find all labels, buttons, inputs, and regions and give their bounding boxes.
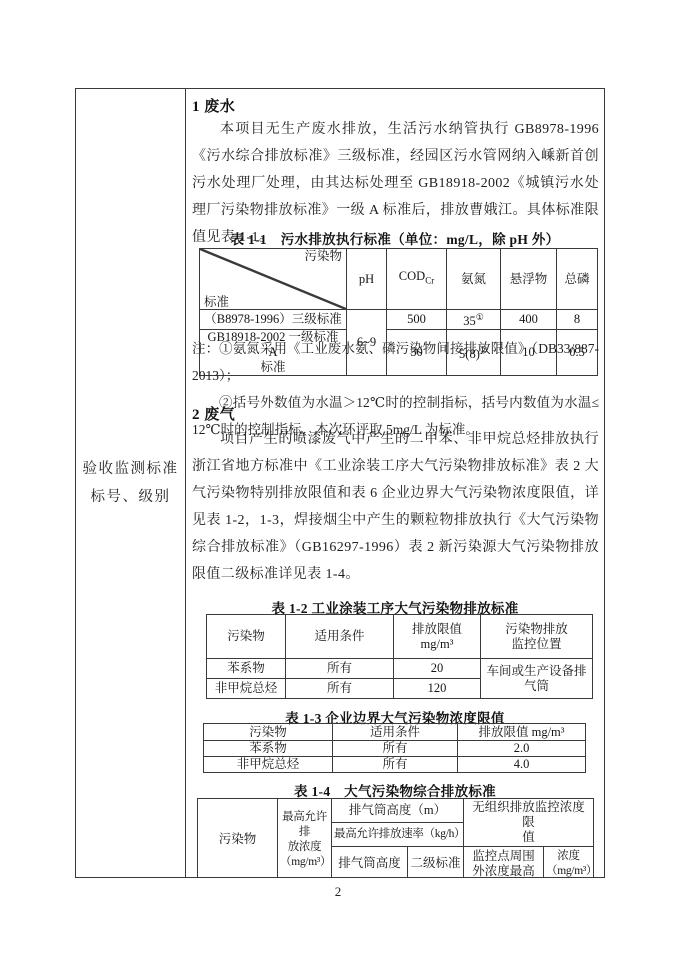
content-cell: 1 废水 本项目无生产废水排放，生活污水纳管执行 GB8978-1996《污水综… <box>186 89 604 877</box>
t12-header-pollutant: 污染物 <box>207 615 286 659</box>
table-cell: 苯系物 <box>204 741 333 757</box>
table-cell: 非甲烷总烃 <box>207 679 286 699</box>
table-cell: 所有 <box>286 679 394 699</box>
table-row: 非甲烷总烃 所有 4.0 <box>204 757 586 773</box>
table-cell: 所有 <box>286 659 394 679</box>
t14-header-max-concentration: 最高允许 排 放浓度 （mg/m³） <box>278 799 332 878</box>
table-cell-position-merged: 车间或生产设备排 气筒 <box>481 659 593 699</box>
row-label-line-1: 验收监测标准 <box>83 455 179 483</box>
t14-header-pollutant: 污染物 <box>198 799 278 878</box>
document-border: 验收监测标准 标号、级别 1 废水 本项目无生产废水排放，生活污水纳管执行 GB… <box>75 88 605 878</box>
table-cell: 120 <box>394 679 481 699</box>
t11-header-ss: 悬浮物 <box>501 249 557 310</box>
t11-header-pollutant: 污染物 <box>304 249 342 263</box>
footnote-marker: ① <box>476 312 484 322</box>
t14-subheader-monitor-point: 监控点周围 外浓度最高 <box>464 847 544 878</box>
row-label-cell: 验收监测标准 标号、级别 <box>76 89 186 877</box>
table-cell: 500 <box>387 310 447 330</box>
section-wastegas-heading: 2 废气 <box>192 403 235 424</box>
t14-header-max-rate: 最高允许排放速率（kg/h） <box>332 823 464 847</box>
table-cell: 所有 <box>333 757 458 773</box>
t14-subheader-concentration: 浓度 （mg/m³） <box>544 847 594 878</box>
table-1-1-title: 表 1-1 污水排放执行标准（单位：mg/L，除 pH 外） <box>186 228 604 248</box>
table-row: 苯系物 所有 2.0 <box>204 741 586 757</box>
table-cell: 所有 <box>333 741 458 757</box>
t11-diagonal-header-cell: 污染物 标准 <box>200 249 347 310</box>
table-cell: 苯系物 <box>207 659 286 679</box>
t11-header-cod: CODCr <box>387 249 447 310</box>
table-1-4-title: 表 1-4 大气污染物综合排放标准 <box>186 780 604 800</box>
table-cell: 2.0 <box>458 741 586 757</box>
table-cell: 400 <box>501 310 557 330</box>
table-1-3: 污染物 适用条件 排放限值 mg/m³ 苯系物 所有 2.0 非甲烷总烃 所有 … <box>203 723 586 773</box>
t13-header-pollutant: 污染物 <box>204 724 333 741</box>
cod-subscript: Cr <box>425 276 434 286</box>
t14-subheader-stack-height: 排气筒高度 <box>332 847 408 878</box>
note-line-1: 注：①氨氮采用《工业废水氨、磷污染物间接排放限值》（DB33/887-2013）… <box>192 335 599 389</box>
wastegas-paragraph: 项目产生的喷漆废气中产生的二甲苯、非甲烷总烃排放执行浙江省地方标准中《工业涂装工… <box>192 426 599 588</box>
table-cell: 35① <box>447 310 501 330</box>
t11-header-tp: 总磷 <box>557 249 598 310</box>
t12-header-condition: 适用条件 <box>286 615 394 659</box>
table-row: （B8978-1996）三级标准 6~9 500 35① 400 8 <box>200 310 598 330</box>
table-cell: 4.0 <box>458 757 586 773</box>
table-cell: 20 <box>394 659 481 679</box>
t13-header-limit: 排放限值 mg/m³ <box>458 724 586 741</box>
table-cell: 8 <box>557 310 598 330</box>
table-1-4: 污染物 最高允许 排 放浓度 （mg/m³） 排气筒高度（m） 无组织排放监控浓… <box>197 798 594 877</box>
t12-header-position: 污染物排放 监控位置 <box>481 615 593 659</box>
section-wastewater-heading: 1 废水 <box>192 95 235 116</box>
page-number: 2 <box>0 884 676 900</box>
t14-header-stack-height-m: 排气筒高度（m） <box>332 799 464 823</box>
table-1-2: 污染物 适用条件 排放限值 mg/m³ 污染物排放 监控位置 苯系物 所有 20… <box>206 614 593 699</box>
table-cell: 非甲烷总烃 <box>204 757 333 773</box>
row-label-line-2: 标号、级别 <box>91 483 171 511</box>
table-row: 苯系物 所有 20 车间或生产设备排 气筒 <box>207 659 593 679</box>
cod-label: COD <box>399 269 425 283</box>
t14-header-fugitive-limit: 无组织排放监控浓度限 值 <box>464 799 594 847</box>
t12-header-limit: 排放限值 mg/m³ <box>394 615 481 659</box>
t13-header-condition: 适用条件 <box>333 724 458 741</box>
t11-header-ph: pH <box>347 249 387 310</box>
table-cell: （B8978-1996）三级标准 <box>200 310 347 330</box>
value: 35 <box>463 314 476 328</box>
t14-subheader-grade2: 二级标准 <box>408 847 464 878</box>
t11-header-nh3: 氨氮 <box>447 249 501 310</box>
t11-header-standard: 标准 <box>204 295 229 309</box>
